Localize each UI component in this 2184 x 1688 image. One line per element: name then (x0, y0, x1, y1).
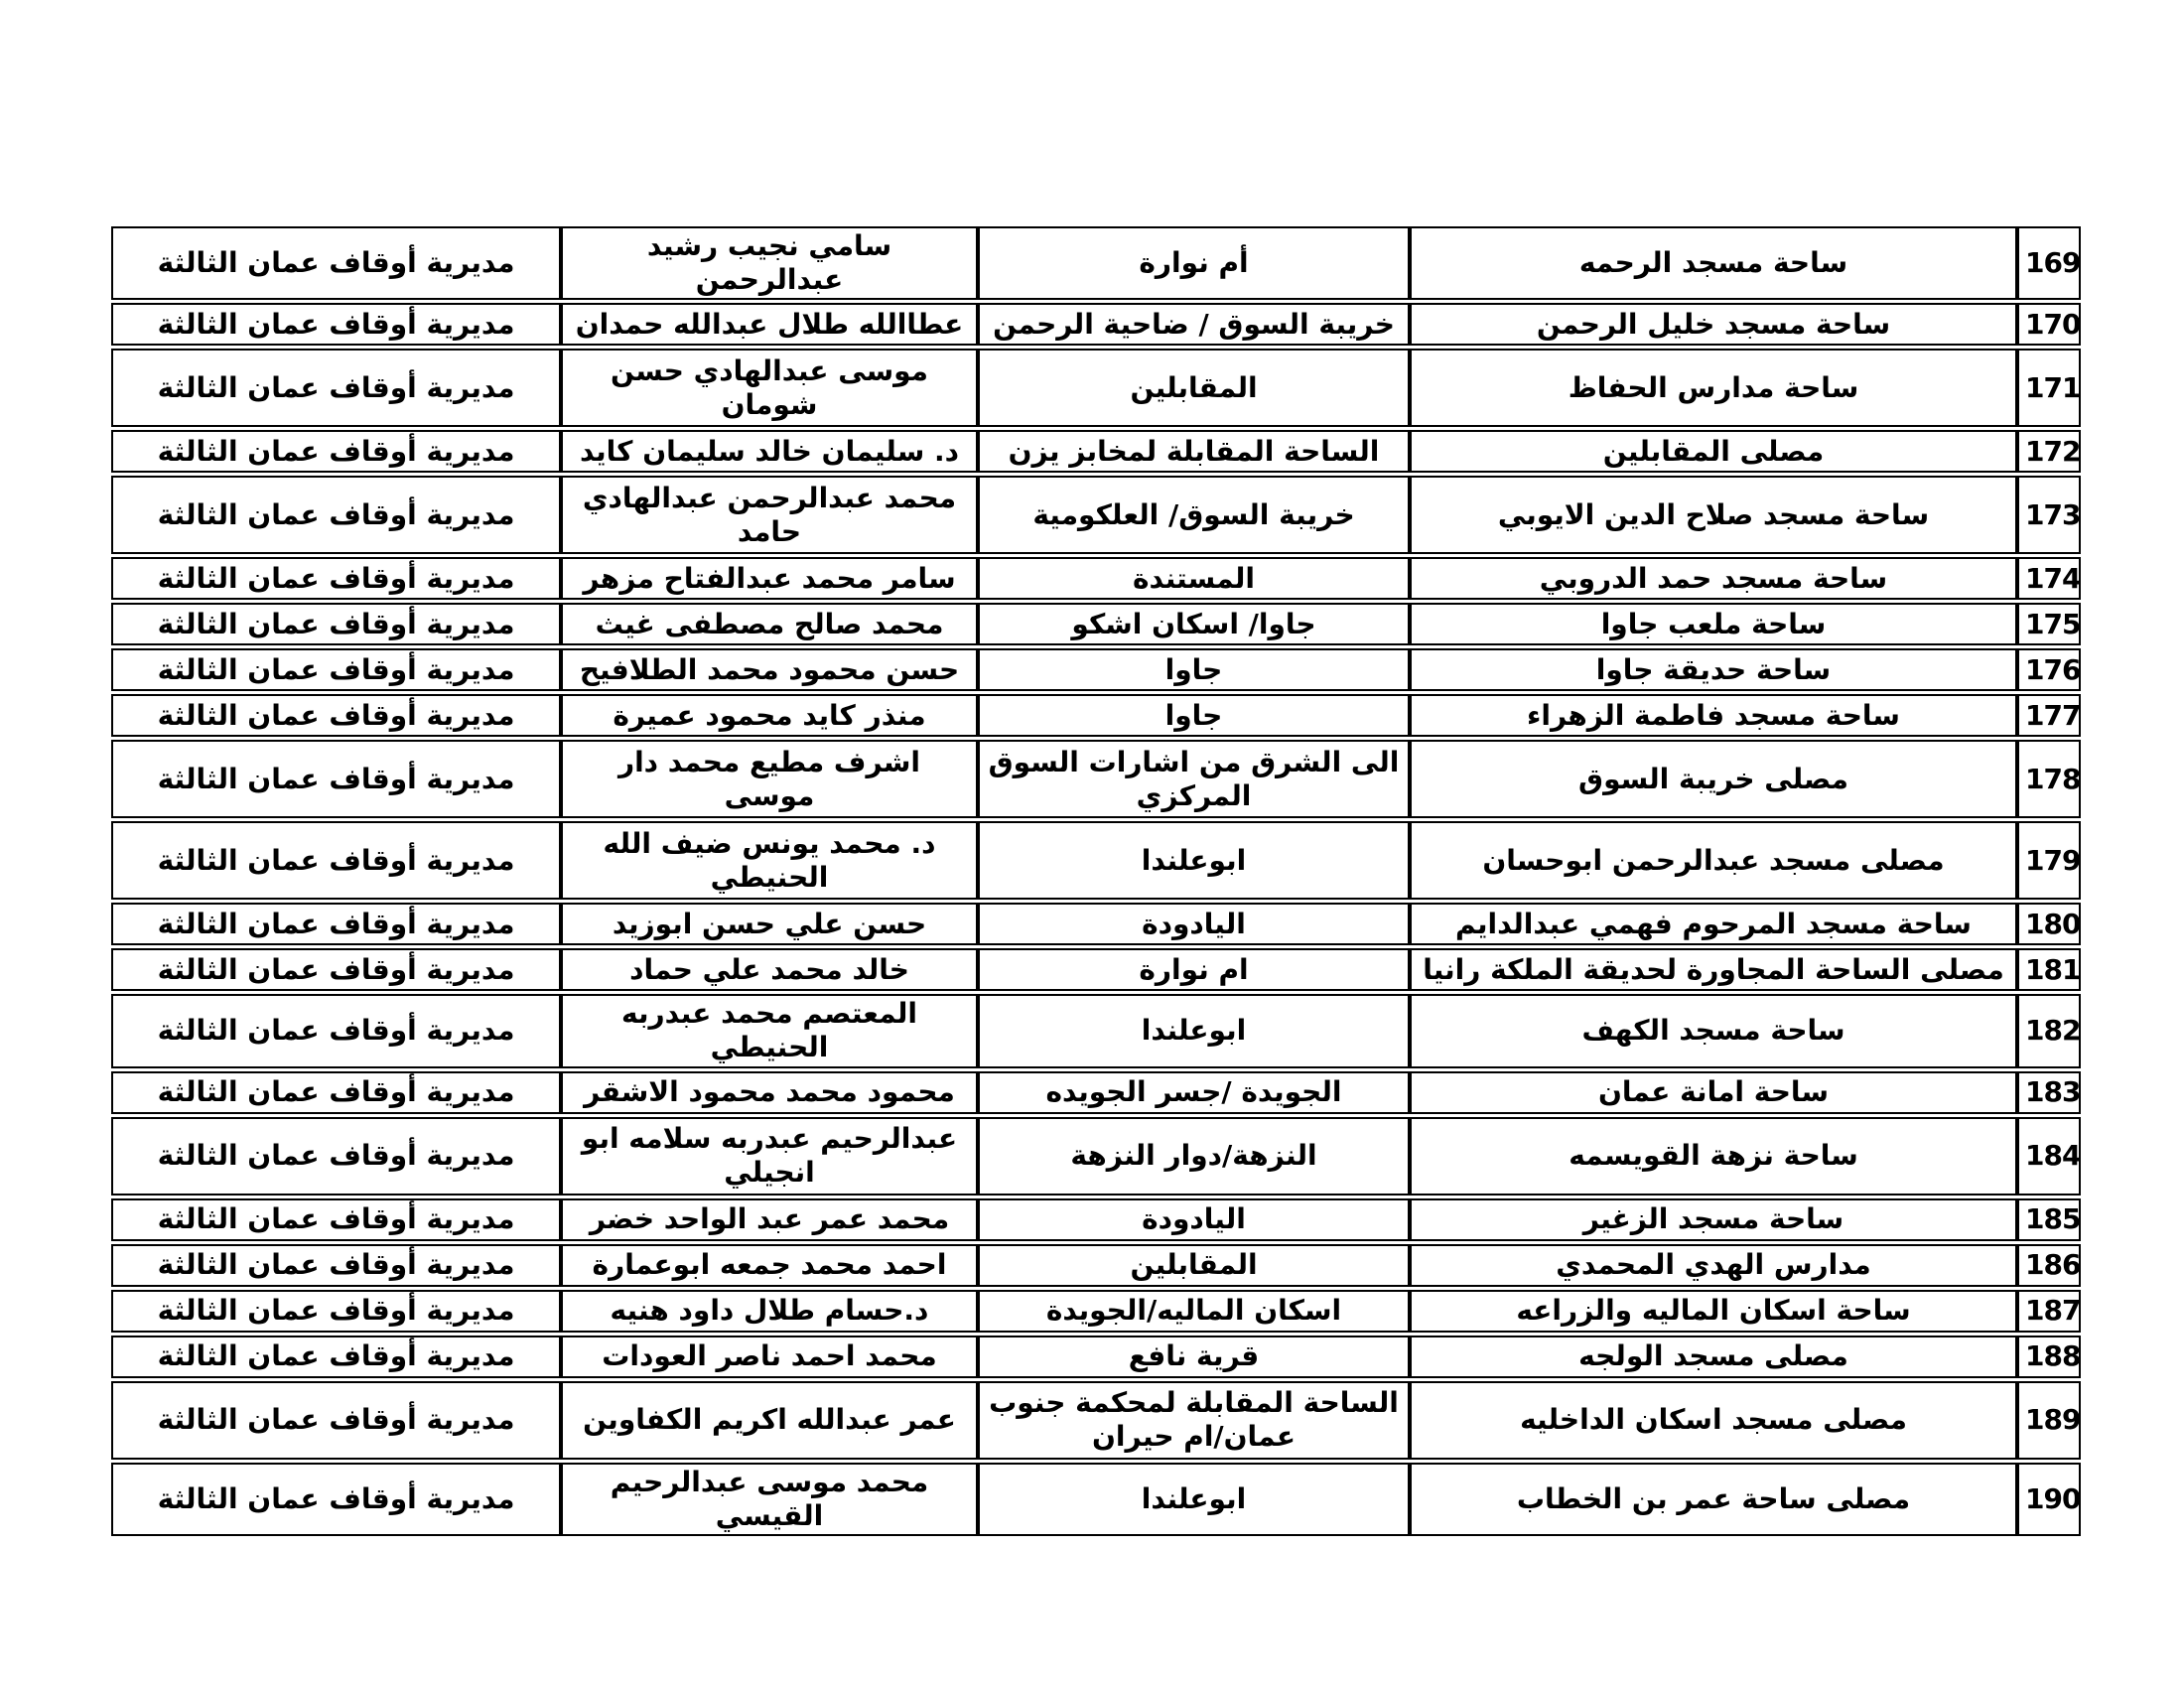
area-name-cell: ام نوارة (978, 948, 1410, 991)
person-name-cell: د. محمد يونس ضيف الله الحنيطي (561, 821, 978, 900)
area-name-cell: المقابلين (978, 1244, 1410, 1287)
table-row: 185 ساحة مسجد الزغير اليادودة محمد عمر ع… (111, 1198, 2081, 1241)
area-name-cell: جاوا (978, 694, 1410, 737)
area-name-cell: ابوعلندا (978, 821, 1410, 900)
row-number-cell: 177 (2017, 694, 2081, 737)
row-number-cell: 176 (2017, 648, 2081, 691)
directorate-cell: مديرية أوقاف عمان الثالثة (111, 476, 561, 554)
mosque-name-cell: ساحة مسجد الكهف (1410, 994, 2017, 1067)
mosque-name-cell: ساحة مسجد فاطمة الزهراء (1410, 694, 2017, 737)
directorate-cell: مديرية أوقاف عمان الثالثة (111, 648, 561, 691)
mosque-name-cell: مصلى المقابلين (1410, 430, 2017, 473)
person-name-cell: عمر عبدالله اكريم الكفاوين (561, 1381, 978, 1460)
awqaf-sites-table: 169 ساحة مسجد الرحمه أم نوارة سامي نجيب … (111, 223, 2081, 1539)
mosque-name-cell: مصلى مسجد الولجه (1410, 1336, 2017, 1378)
row-number-cell: 185 (2017, 1198, 2081, 1241)
person-name-cell: عطاالله طلال عبدالله حمدان (561, 303, 978, 346)
table-row: 189 مصلى مسجد اسكان الداخليه الساحة المق… (111, 1381, 2081, 1460)
directorate-cell: مديرية أوقاف عمان الثالثة (111, 1290, 561, 1333)
row-number-cell: 173 (2017, 476, 2081, 554)
mosque-name-cell: مصلى الساحة المجاورة لحديقة الملكة رانيا (1410, 948, 2017, 991)
person-name-cell: د. سليمان خالد سليمان كايد (561, 430, 978, 473)
table-row: 178 مصلى خريبة السوق الى الشرق من اشارات… (111, 740, 2081, 818)
mosque-name-cell: ساحة مسجد المرحوم فهمي عبدالدايم (1410, 903, 2017, 945)
area-name-cell: المستندة (978, 557, 1410, 600)
area-name-cell: الجويدة /جسر الجويده (978, 1071, 1410, 1114)
directorate-cell: مديرية أوقاف عمان الثالثة (111, 430, 561, 473)
directorate-cell: مديرية أوقاف عمان الثالثة (111, 557, 561, 600)
area-name-cell: قرية نافع (978, 1336, 1410, 1378)
directorate-cell: مديرية أوقاف عمان الثالثة (111, 1336, 561, 1378)
person-name-cell: موسى عبدالهادي حسن شومان (561, 349, 978, 427)
mosque-name-cell: ساحة مدارس الحفاظ (1410, 349, 2017, 427)
row-number-cell: 183 (2017, 1071, 2081, 1114)
row-number-cell: 181 (2017, 948, 2081, 991)
mosque-name-cell: ساحة مسجد حمد الدروبي (1410, 557, 2017, 600)
row-number-cell: 174 (2017, 557, 2081, 600)
area-name-cell: أم نوارة (978, 226, 1410, 300)
directorate-cell: مديرية أوقاف عمان الثالثة (111, 1117, 561, 1196)
area-name-cell: النزهة/دوار النزهة (978, 1117, 1410, 1196)
area-name-cell: ابوعلندا (978, 1463, 1410, 1536)
table-row: 183 ساحة امانة عمان الجويدة /جسر الجويده… (111, 1071, 2081, 1114)
area-name-cell: خريبة السوق / ضاحية الرحمن (978, 303, 1410, 346)
mosque-name-cell: ساحة اسكان الماليه والزراعه (1410, 1290, 2017, 1333)
area-name-cell: ابوعلندا (978, 994, 1410, 1067)
area-name-cell: اسكان الماليه/الجويدة (978, 1290, 1410, 1333)
area-name-cell: الساحة المقابلة لمحكمة جنوب عمان/ام حيرا… (978, 1381, 1410, 1460)
table-row: 180 ساحة مسجد المرحوم فهمي عبدالدايم الي… (111, 903, 2081, 945)
directorate-cell: مديرية أوقاف عمان الثالثة (111, 694, 561, 737)
person-name-cell: محمد احمد ناصر العودات (561, 1336, 978, 1378)
table-row: 179 مصلى مسجد عبدالرحمن ابوحسان ابوعلندا… (111, 821, 2081, 900)
area-name-cell: الى الشرق من اشارات السوق المركزي (978, 740, 1410, 818)
row-number-cell: 171 (2017, 349, 2081, 427)
person-name-cell: المعتصم محمد عبدربه الحنيطي (561, 994, 978, 1067)
person-name-cell: محمد عمر عبد الواحد خضر (561, 1198, 978, 1241)
document-page: 169 ساحة مسجد الرحمه أم نوارة سامي نجيب … (0, 0, 2184, 1688)
directorate-cell: مديرية أوقاف عمان الثالثة (111, 740, 561, 818)
area-name-cell: خريبة السوق/ العلكومية (978, 476, 1410, 554)
row-number-cell: 190 (2017, 1463, 2081, 1536)
person-name-cell: محمد عبدالرحمن عبدالهادي حامد (561, 476, 978, 554)
mosque-name-cell: ساحة حديقة جاوا (1410, 648, 2017, 691)
area-name-cell: المقابلين (978, 349, 1410, 427)
mosque-name-cell: مصلى خريبة السوق (1410, 740, 2017, 818)
row-number-cell: 172 (2017, 430, 2081, 473)
table-row: 173 ساحة مسجد صلاح الدين الايوبي خريبة ا… (111, 476, 2081, 554)
person-name-cell: محمد موسى عبدالرحيم القيسي (561, 1463, 978, 1536)
table-row: 172 مصلى المقابلين الساحة المقابلة لمخاب… (111, 430, 2081, 473)
row-number-cell: 169 (2017, 226, 2081, 300)
area-name-cell: جاوا/ اسكان اشكو (978, 603, 1410, 645)
person-name-cell: محمد صالح مصطفى غيث (561, 603, 978, 645)
person-name-cell: اشرف مطيع محمد دار موسى (561, 740, 978, 818)
table-row: 169 ساحة مسجد الرحمه أم نوارة سامي نجيب … (111, 226, 2081, 300)
directorate-cell: مديرية أوقاف عمان الثالثة (111, 303, 561, 346)
directorate-cell: مديرية أوقاف عمان الثالثة (111, 1244, 561, 1287)
person-name-cell: سامر محمد عبدالفتاح مزهر (561, 557, 978, 600)
table-body: 169 ساحة مسجد الرحمه أم نوارة سامي نجيب … (111, 226, 2081, 1536)
table-row: 171 ساحة مدارس الحفاظ المقابلين موسى عبد… (111, 349, 2081, 427)
mosque-name-cell: مصلى مسجد عبدالرحمن ابوحسان (1410, 821, 2017, 900)
directorate-cell: مديرية أوقاف عمان الثالثة (111, 1198, 561, 1241)
directorate-cell: مديرية أوقاف عمان الثالثة (111, 226, 561, 300)
person-name-cell: سامي نجيب رشيد عبدالرحمن (561, 226, 978, 300)
directorate-cell: مديرية أوقاف عمان الثالثة (111, 1463, 561, 1536)
mosque-name-cell: مصلى مسجد اسكان الداخليه (1410, 1381, 2017, 1460)
person-name-cell: منذر كايد محمود عميرة (561, 694, 978, 737)
table-row: 182 ساحة مسجد الكهف ابوعلندا المعتصم محم… (111, 994, 2081, 1067)
area-name-cell: اليادودة (978, 903, 1410, 945)
mosque-name-cell: ساحة ملعب جاوا (1410, 603, 2017, 645)
table-row: 181 مصلى الساحة المجاورة لحديقة الملكة ر… (111, 948, 2081, 991)
person-name-cell: حسن محمود محمد الطلافيح (561, 648, 978, 691)
mosque-name-cell: مدارس الهدي المحمدي (1410, 1244, 2017, 1287)
area-name-cell: الساحة المقابلة لمخابز يزن (978, 430, 1410, 473)
directorate-cell: مديرية أوقاف عمان الثالثة (111, 1381, 561, 1460)
table-row: 170 ساحة مسجد خليل الرحمن خريبة السوق / … (111, 303, 2081, 346)
table-row: 187 ساحة اسكان الماليه والزراعه اسكان ال… (111, 1290, 2081, 1333)
directorate-cell: مديرية أوقاف عمان الثالثة (111, 1071, 561, 1114)
table-row: 184 ساحة نزهة القويسمه النزهة/دوار النزه… (111, 1117, 2081, 1196)
person-name-cell: عبدالرحيم عبدربه سلامه ابو انجيلي (561, 1117, 978, 1196)
mosque-name-cell: ساحة مسجد الرحمه (1410, 226, 2017, 300)
mosque-name-cell: ساحة مسجد الزغير (1410, 1198, 2017, 1241)
person-name-cell: حسن علي حسن ابوزيد (561, 903, 978, 945)
directorate-cell: مديرية أوقاف عمان الثالثة (111, 948, 561, 991)
directorate-cell: مديرية أوقاف عمان الثالثة (111, 603, 561, 645)
table-row: 188 مصلى مسجد الولجه قرية نافع محمد احمد… (111, 1336, 2081, 1378)
row-number-cell: 179 (2017, 821, 2081, 900)
person-name-cell: د.حسام طلال داود هنيه (561, 1290, 978, 1333)
row-number-cell: 189 (2017, 1381, 2081, 1460)
mosque-name-cell: ساحة مسجد صلاح الدين الايوبي (1410, 476, 2017, 554)
mosque-name-cell: مصلى ساحة عمر بن الخطاب (1410, 1463, 2017, 1536)
person-name-cell: احمد محمد جمعه ابوعمارة (561, 1244, 978, 1287)
mosque-name-cell: ساحة مسجد خليل الرحمن (1410, 303, 2017, 346)
table-row: 177 ساحة مسجد فاطمة الزهراء جاوا منذر كا… (111, 694, 2081, 737)
table-row: 174 ساحة مسجد حمد الدروبي المستندة سامر … (111, 557, 2081, 600)
row-number-cell: 170 (2017, 303, 2081, 346)
person-name-cell: خالد محمد علي حماد (561, 948, 978, 991)
table-row: 190 مصلى ساحة عمر بن الخطاب ابوعلندا محم… (111, 1463, 2081, 1536)
area-name-cell: اليادودة (978, 1198, 1410, 1241)
row-number-cell: 187 (2017, 1290, 2081, 1333)
directorate-cell: مديرية أوقاف عمان الثالثة (111, 821, 561, 900)
directorate-cell: مديرية أوقاف عمان الثالثة (111, 903, 561, 945)
row-number-cell: 175 (2017, 603, 2081, 645)
row-number-cell: 178 (2017, 740, 2081, 818)
row-number-cell: 180 (2017, 903, 2081, 945)
row-number-cell: 186 (2017, 1244, 2081, 1287)
person-name-cell: محمود محمد محمود الاشقر (561, 1071, 978, 1114)
directorate-cell: مديرية أوقاف عمان الثالثة (111, 994, 561, 1067)
directorate-cell: مديرية أوقاف عمان الثالثة (111, 349, 561, 427)
table-row: 176 ساحة حديقة جاوا جاوا حسن محمود محمد … (111, 648, 2081, 691)
row-number-cell: 182 (2017, 994, 2081, 1067)
table-row: 175 ساحة ملعب جاوا جاوا/ اسكان اشكو محمد… (111, 603, 2081, 645)
mosque-name-cell: ساحة امانة عمان (1410, 1071, 2017, 1114)
area-name-cell: جاوا (978, 648, 1410, 691)
table-row: 186 مدارس الهدي المحمدي المقابلين احمد م… (111, 1244, 2081, 1287)
row-number-cell: 188 (2017, 1336, 2081, 1378)
row-number-cell: 184 (2017, 1117, 2081, 1196)
mosque-name-cell: ساحة نزهة القويسمه (1410, 1117, 2017, 1196)
